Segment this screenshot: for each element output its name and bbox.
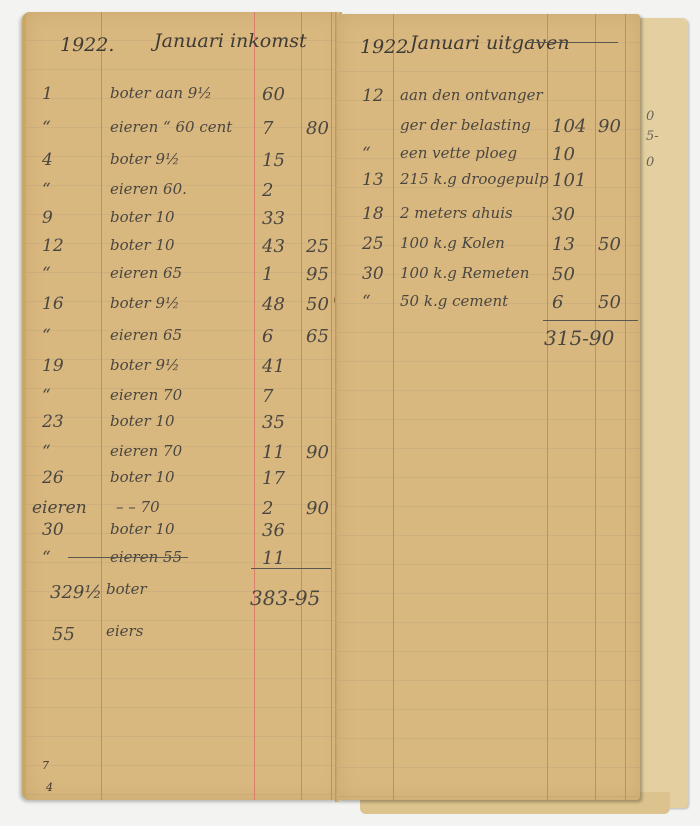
entry-amount: 2 [262,182,273,200]
summary-qty: 55 [52,626,75,644]
entry-description: boter 9½ [110,358,180,373]
column-rule [254,12,255,800]
entry-date: 30 [42,522,64,539]
entry-cents: 80 [306,120,329,138]
entry-description: 2 meters ahuis [400,206,513,221]
title-flourish [528,42,618,43]
entry-date: “ [42,182,51,199]
column-rule [331,12,332,800]
entry-description: aan den ontvanger [400,88,543,103]
entry-description: boter 10 [110,522,175,537]
entry-cents: 25 [306,238,329,256]
entry-date: 12 [42,238,64,255]
entry-amount: 13 [552,236,575,254]
entry-date: “ [42,388,51,405]
entry-cents: 50 [306,296,329,314]
back-leaf-mark: 0 [646,110,654,123]
entry-description: 100 k.g Kolen [400,236,505,251]
total-line [543,320,638,321]
entry-amount: 35 [262,414,285,432]
entry-amount: 17 [262,470,285,488]
entry-date: 13 [362,172,384,189]
income-total: 383-95 [250,588,320,608]
page-title-year: 1922. [60,36,114,55]
entry-date: “ [362,146,371,163]
entry-date: “ [42,550,51,567]
entry-date: “ [362,294,371,311]
entry-date: 12 [362,88,384,105]
entry-date: 23 [42,414,64,431]
page-title: Januari uitgaven [410,34,570,53]
entry-amount: 60 [262,86,285,104]
subtotal-line [68,557,188,558]
margin-rule [393,14,394,800]
entry-description: 50 k.g cement [400,294,508,309]
total-line [251,568,331,569]
entry-date: “ [42,120,51,137]
entry-amount: 30 [552,206,575,224]
corner-mark: 7 [42,760,49,771]
entry-date: eieren [32,500,87,517]
entry-amount: 104 [552,118,586,136]
entry-date: 30 [362,266,384,283]
entry-description: boter 10 [110,470,175,485]
entry-amount: 7 [262,388,273,406]
entry-description: eieren “ 60 cent [110,120,232,135]
column-rule [301,12,302,800]
entry-cents: 65 [306,328,329,346]
entry-description: 100 k.g Remeten [400,266,529,281]
right-page-expenses: 1922 Januari uitgaven 12 aan den ontvang… [338,14,640,800]
entry-date: 19 [42,358,64,375]
entry-date: 26 [42,470,64,487]
entry-description: – – 70 [116,500,160,515]
entry-date: “ [42,266,51,283]
entry-amount: 10 [552,146,575,164]
entry-date: 16 [42,296,64,313]
entry-cents: 90 [598,118,621,136]
corner-mark: 4 [46,782,53,793]
entry-date: “ [42,444,51,461]
entry-description: eieren 60. [110,182,187,197]
entry-description: boter 9½ [110,296,180,311]
entry-description: boter 10 [110,238,175,253]
entry-description: eieren 65 [110,266,182,281]
entry-description: eieren 70 [110,388,182,403]
left-page-income: 1922. Januari inkomst 1 boter aan 9½ 60 … [22,12,342,800]
entry-amount: 6 [262,328,273,346]
open-ledger-notebook: 0 5- 0 1922. Januari inkomst 1 boter aan… [0,0,700,826]
entry-amount: 7 [262,120,273,138]
entry-cents: 95 [306,266,329,284]
entry-date: 9 [42,210,53,227]
entry-amount: 11 [262,550,285,568]
entry-description: boter 10 [110,210,175,225]
entry-description: ger der belasting [400,118,531,133]
entry-amount: 6 [552,294,563,312]
entry-description: een vette ploeg [400,146,517,161]
entry-date: 25 [362,236,384,253]
entry-amount: 48 [262,296,285,314]
back-leaf-mark: 0 [646,156,654,169]
summary-qty: 329½ [50,584,102,602]
entry-amount: 41 [262,358,285,376]
entry-description: boter 9½ [110,152,180,167]
back-leaf-mark: 5- [646,130,659,143]
entry-description: eieren 65 [110,328,182,343]
summary-label: eiers [106,624,143,639]
entry-description: boter 10 [110,414,175,429]
entry-date: 4 [42,152,53,169]
entry-amount: 36 [262,522,285,540]
entry-cents: 90 [306,444,329,462]
entry-cents: 50 [598,294,621,312]
entry-amount: 11 [262,444,285,462]
margin-rule [101,12,102,800]
entry-description: eieren 70 [110,444,182,459]
entry-amount: 15 [262,152,285,170]
column-rule [625,14,626,800]
entry-amount: 2 [262,500,273,518]
entry-cents: 90 [306,500,329,518]
entry-date: 18 [362,206,384,223]
entry-date: “ [42,328,51,345]
column-rule [595,14,596,800]
entry-cents: 50 [598,236,621,254]
entry-date: 1 [42,86,53,103]
summary-label: boter [106,582,147,597]
page-title: Januari inkomst [154,32,307,51]
column-rule [547,14,548,800]
expense-total: 315-90 [544,328,614,348]
entry-amount: 43 [262,238,285,256]
entry-amount: 101 [552,172,586,190]
entry-description: boter aan 9½ [110,86,212,101]
entry-amount: 50 [552,266,575,284]
entry-description: 215 k.g droogepulp [400,172,549,187]
entry-amount: 33 [262,210,285,228]
entry-amount: 1 [262,266,273,284]
page-title-year: 1922 [360,38,408,57]
